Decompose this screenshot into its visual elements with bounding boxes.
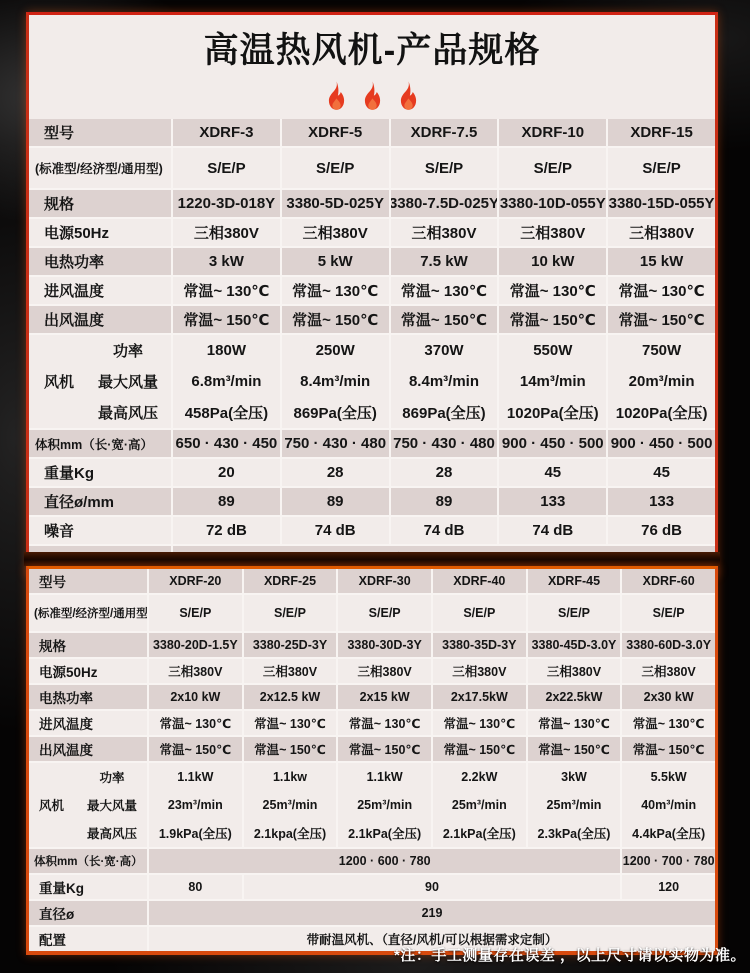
spec-row-label: 进风温度: [29, 711, 147, 735]
spec-value: 1200 · 600 · 780: [147, 849, 620, 873]
spec-row-label: 体积mm（长·宽·高）: [29, 430, 171, 457]
spec-value: 3380-10D-055Y: [497, 190, 606, 217]
spec-row-label: 电热功率: [29, 248, 171, 275]
spec-value: XDRF-3: [171, 119, 280, 146]
spec-value: 25m³/min: [526, 791, 621, 819]
spec-row: 直径ø/mm898989133133: [29, 486, 715, 515]
spec-value: 28: [389, 459, 498, 486]
spec-value: 常温~ 150℃: [431, 737, 526, 761]
spec-value: 三相380V: [431, 659, 526, 683]
spec-value: 三相380V: [147, 659, 242, 683]
spec-row-label: 规格: [29, 633, 147, 657]
spec-value: 120: [620, 875, 715, 899]
spec-value: 2x10 kW: [147, 685, 242, 709]
spec-value: 750 · 430 · 480: [280, 430, 389, 457]
spec-value: 常温~ 130℃: [431, 711, 526, 735]
spec-row-label: 型号: [29, 569, 147, 593]
spec-value: 20: [171, 459, 280, 486]
spec-row-label: 重量Kg: [29, 875, 147, 899]
spec-value: 250W: [280, 335, 389, 366]
spec-row: 型号XDRF-3XDRF-5XDRF-7.5XDRF-10XDRF-15: [29, 119, 715, 146]
spec-value: 常温~ 130℃: [242, 711, 337, 735]
spec-value: 3380-30D-3Y: [336, 633, 431, 657]
spec-value: 常温~ 130℃: [171, 277, 280, 304]
spec-value: S/E/P: [242, 595, 337, 631]
spec-value: 20m³/min: [606, 366, 715, 397]
spec-value: 2x15 kW: [336, 685, 431, 709]
flame-icon: [360, 81, 385, 111]
spec-value: 8.4m³/min: [389, 366, 498, 397]
spec-value: S/E/P: [497, 148, 606, 188]
fan-group-label: 风机: [29, 763, 77, 847]
spec-row: 电热功率3 kW5 kW7.5 kW10 kW15 kW: [29, 246, 715, 275]
spec-row-label: 电源50Hz: [29, 219, 171, 246]
spec-value: 2x17.5kW: [431, 685, 526, 709]
spec-value: 常温~ 150℃: [606, 306, 715, 333]
spec-row: 电源50Hz三相380V三相380V三相380V三相380V三相380V: [29, 217, 715, 246]
spec-value: S/E/P: [147, 595, 242, 631]
spec-row: 出风温度常温~ 150℃常温~ 150℃常温~ 150℃常温~ 150℃常温~ …: [29, 735, 715, 761]
spec-value: S/E/P: [606, 148, 715, 188]
spec-value: 2x22.5kW: [526, 685, 621, 709]
spec-value: 三相380V: [171, 219, 280, 246]
spec-value: 458Pa(全压): [171, 397, 280, 428]
spec-value: 3380-15D-055Y: [606, 190, 715, 217]
fan-subrow-label: 最大风量: [77, 791, 147, 819]
spec-value: 80: [147, 875, 242, 899]
spec-value: S/E/P: [431, 595, 526, 631]
spec-value: 1.1kW: [336, 763, 431, 791]
spec-value: 8.4m³/min: [280, 366, 389, 397]
spec-value: XDRF-7.5: [389, 119, 498, 146]
spec-row: 电源50Hz三相380V三相380V三相380V三相380V三相380V三相38…: [29, 657, 715, 683]
spec-row-label: (标准型/经济型/通用型): [29, 595, 147, 631]
spec-row-label: 进风温度: [29, 277, 171, 304]
spec-value: 三相380V: [526, 659, 621, 683]
spec-value: 14m³/min: [497, 366, 606, 397]
spec-row: 电热功率2x10 kW2x12.5 kW2x15 kW2x17.5kW2x22.…: [29, 683, 715, 709]
spec-value: XDRF-20: [147, 569, 242, 593]
spec-value: S/E/P: [336, 595, 431, 631]
spec-value: 常温~ 130℃: [280, 277, 389, 304]
spec-value: 常温~ 130℃: [389, 277, 498, 304]
spec-value: 2.1kPa(全压): [336, 819, 431, 847]
spec-sheet-panel-2: 型号XDRF-20XDRF-25XDRF-30XDRF-40XDRF-45XDR…: [26, 566, 718, 955]
spec-value: 3380-60D-3.0Y: [620, 633, 715, 657]
spec-row-label: 直径ø: [29, 901, 147, 925]
spec-row-label: 出风温度: [29, 737, 147, 761]
spec-value: 650 · 430 · 450: [171, 430, 280, 457]
spec-value: 10 kW: [497, 248, 606, 275]
spec-row: 噪音72 dB74 dB74 dB74 dB76 dB: [29, 515, 715, 544]
spec-value: 常温~ 150℃: [497, 306, 606, 333]
spec-row-label: 出风温度: [29, 306, 171, 333]
spec-value: 900 · 450 · 500: [497, 430, 606, 457]
spec-value: 常温~ 150℃: [171, 306, 280, 333]
spec-table-2: 型号XDRF-20XDRF-25XDRF-30XDRF-40XDRF-45XDR…: [29, 569, 715, 951]
spec-row: (标准型/经济型/通用型)S/E/PS/E/PS/E/PS/E/PS/E/PS/…: [29, 593, 715, 631]
spec-value: 2.2kW: [431, 763, 526, 791]
table-divider: [24, 552, 720, 566]
fan-spec-group: 风机功率180W250W370W550W750W最大风量6.8m³/min8.4…: [29, 333, 715, 428]
sheet-header: 高温热风机-产品规格: [29, 15, 715, 119]
flame-icon: [396, 81, 421, 111]
spec-row-label: 电源50Hz: [29, 659, 147, 683]
spec-value: 89: [389, 488, 498, 515]
spec-value: 3380-5D-025Y: [280, 190, 389, 217]
spec-value: S/E/P: [171, 148, 280, 188]
spec-value: 25m³/min: [336, 791, 431, 819]
spec-row: 体积mm（长·宽·高）650 · 430 · 450750 · 430 · 48…: [29, 428, 715, 457]
spec-value: XDRF-10: [497, 119, 606, 146]
spec-value: 133: [606, 488, 715, 515]
spec-value: 三相380V: [280, 219, 389, 246]
spec-value: 1200 · 700 · 780: [620, 849, 715, 873]
spec-value: S/E/P: [526, 595, 621, 631]
spec-row-label: 直径ø/mm: [29, 488, 171, 515]
spec-value: 3 kW: [171, 248, 280, 275]
spec-row: 进风温度常温~ 130℃常温~ 130℃常温~ 130℃常温~ 130℃常温~ …: [29, 709, 715, 735]
spec-row-label: 配置: [29, 927, 147, 951]
spec-value: 370W: [389, 335, 498, 366]
spec-value: 常温~ 130℃: [336, 711, 431, 735]
spec-value: 常温~ 150℃: [336, 737, 431, 761]
spec-value: 25m³/min: [431, 791, 526, 819]
spec-value: 常温~ 150℃: [526, 737, 621, 761]
spec-value: 1020Pa(全压): [606, 397, 715, 428]
spec-row: 重量Kg8090120: [29, 873, 715, 899]
spec-value: 1.1kW: [147, 763, 242, 791]
spec-value: S/E/P: [620, 595, 715, 631]
spec-row: 重量Kg2028284545: [29, 457, 715, 486]
spec-value: 869Pa(全压): [280, 397, 389, 428]
spec-value: 5 kW: [280, 248, 389, 275]
spec-value: 89: [280, 488, 389, 515]
spec-value: 750 · 430 · 480: [389, 430, 498, 457]
spec-row-label: 电热功率: [29, 685, 147, 709]
spec-row: 进风温度常温~ 130℃常温~ 130℃常温~ 130℃常温~ 130℃常温~ …: [29, 275, 715, 304]
spec-value: 23m³/min: [147, 791, 242, 819]
spec-value: 3380-7.5D-025Y: [389, 190, 498, 217]
spec-value: 219: [147, 901, 715, 925]
spec-value: XDRF-30: [336, 569, 431, 593]
spec-row: 规格1220-3D-018Y3380-5D-025Y3380-7.5D-025Y…: [29, 188, 715, 217]
spec-value: 72 dB: [171, 517, 280, 544]
spec-value: XDRF-45: [526, 569, 621, 593]
spec-value: 三相380V: [389, 219, 498, 246]
spec-value: 133: [497, 488, 606, 515]
spec-value: 180W: [171, 335, 280, 366]
spec-value: 三相380V: [620, 659, 715, 683]
spec-value: 76 dB: [606, 517, 715, 544]
spec-value: 45: [497, 459, 606, 486]
spec-value: 常温~ 150℃: [620, 737, 715, 761]
spec-value: 常温~ 150℃: [389, 306, 498, 333]
spec-value: 74 dB: [280, 517, 389, 544]
spec-value: 常温~ 130℃: [606, 277, 715, 304]
spec-table-1: 型号XDRF-3XDRF-5XDRF-7.5XDRF-10XDRF-15(标准型…: [29, 119, 715, 573]
spec-row-label: 体积mm（长·宽·高）: [29, 849, 147, 873]
spec-value: 常温~ 130℃: [526, 711, 621, 735]
spec-value: 2.1kPa(全压): [431, 819, 526, 847]
spec-row-label: (标准型/经济型/通用型): [29, 148, 171, 188]
spec-value: 869Pa(全压): [389, 397, 498, 428]
spec-row: (标准型/经济型/通用型)S/E/PS/E/PS/E/PS/E/PS/E/P: [29, 146, 715, 188]
spec-value: 常温~ 150℃: [147, 737, 242, 761]
spec-value: 750W: [606, 335, 715, 366]
page-title: 高温热风机-产品规格: [204, 23, 541, 73]
fan-group-label: 风机: [29, 335, 85, 428]
spec-row: 出风温度常温~ 150℃常温~ 150℃常温~ 150℃常温~ 150℃常温~ …: [29, 304, 715, 333]
spec-sheet-panel-1: 高温热风机-产品规格 型号XDRF-3XDRF-5XDRF-7.5XDRF-10…: [26, 12, 718, 576]
spec-value: 2x12.5 kW: [242, 685, 337, 709]
flame-row: [324, 81, 421, 111]
spec-value: 900 · 450 · 500: [606, 430, 715, 457]
spec-value: 三相380V: [242, 659, 337, 683]
spec-value: XDRF-15: [606, 119, 715, 146]
fan-subrow-label: 功率: [77, 763, 147, 791]
spec-value: XDRF-40: [431, 569, 526, 593]
spec-value: XDRF-25: [242, 569, 337, 593]
spec-value: 6.8m³/min: [171, 366, 280, 397]
spec-value: 常温~ 130℃: [497, 277, 606, 304]
spec-value: 15 kW: [606, 248, 715, 275]
spec-value: XDRF-60: [620, 569, 715, 593]
spec-row-label: 重量Kg: [29, 459, 171, 486]
fan-subrow-label: 最高风压: [77, 819, 147, 847]
spec-value: 45: [606, 459, 715, 486]
spec-value: 常温~ 130℃: [620, 711, 715, 735]
fan-subrow-label: 最高风压: [85, 397, 171, 428]
spec-value: 90: [242, 875, 621, 899]
spec-value: S/E/P: [280, 148, 389, 188]
fan-subrow-label: 最大风量: [85, 366, 171, 397]
fan-spec-group: 风机功率1.1kW1.1kw1.1kW2.2kW3kW5.5kW最大风量23m³…: [29, 761, 715, 847]
spec-value: 89: [171, 488, 280, 515]
spec-row-label: 规格: [29, 190, 171, 217]
spec-value: 2x30 kW: [620, 685, 715, 709]
spec-value: XDRF-5: [280, 119, 389, 146]
flame-icon: [324, 81, 349, 111]
spec-value: 25m³/min: [242, 791, 337, 819]
spec-value: 5.5kW: [620, 763, 715, 791]
spec-value: 常温~ 150℃: [242, 737, 337, 761]
spec-row-label: 型号: [29, 119, 171, 146]
spec-value: 4.4kPa(全压): [620, 819, 715, 847]
spec-row-label: 噪音: [29, 517, 171, 544]
spec-value: 常温~ 130℃: [147, 711, 242, 735]
spec-value: 74 dB: [389, 517, 498, 544]
spec-value: 3380-45D-3.0Y: [526, 633, 621, 657]
spec-value: 三相380V: [497, 219, 606, 246]
spec-value: 40m³/min: [620, 791, 715, 819]
measurement-disclaimer: *注：手工测量存在误差 ，以上尺寸请以实物为准。: [394, 944, 746, 965]
spec-value: 2.1kpa(全压): [242, 819, 337, 847]
spec-value: 3380-20D-1.5Y: [147, 633, 242, 657]
fan-subrow-label: 功率: [85, 335, 171, 366]
spec-value: 常温~ 150℃: [280, 306, 389, 333]
spec-value: 1.9kPa(全压): [147, 819, 242, 847]
spec-row: 体积mm（长·宽·高）1200 · 600 · 7801200 · 700 · …: [29, 847, 715, 873]
spec-value: 550W: [497, 335, 606, 366]
spec-value: 三相380V: [336, 659, 431, 683]
spec-value: 1.1kw: [242, 763, 337, 791]
spec-row: 规格3380-20D-1.5Y3380-25D-3Y3380-30D-3Y338…: [29, 631, 715, 657]
spec-row: 型号XDRF-20XDRF-25XDRF-30XDRF-40XDRF-45XDR…: [29, 569, 715, 593]
spec-value: 1220-3D-018Y: [171, 190, 280, 217]
spec-value: 三相380V: [606, 219, 715, 246]
spec-value: 1020Pa(全压): [497, 397, 606, 428]
spec-value: 3380-25D-3Y: [242, 633, 337, 657]
spec-row: 直径ø219: [29, 899, 715, 925]
spec-value: 7.5 kW: [389, 248, 498, 275]
spec-value: 3kW: [526, 763, 621, 791]
spec-value: 28: [280, 459, 389, 486]
spec-value: 74 dB: [497, 517, 606, 544]
spec-value: S/E/P: [389, 148, 498, 188]
spec-value: 3380-35D-3Y: [431, 633, 526, 657]
spec-value: 2.3kPa(全压): [526, 819, 621, 847]
